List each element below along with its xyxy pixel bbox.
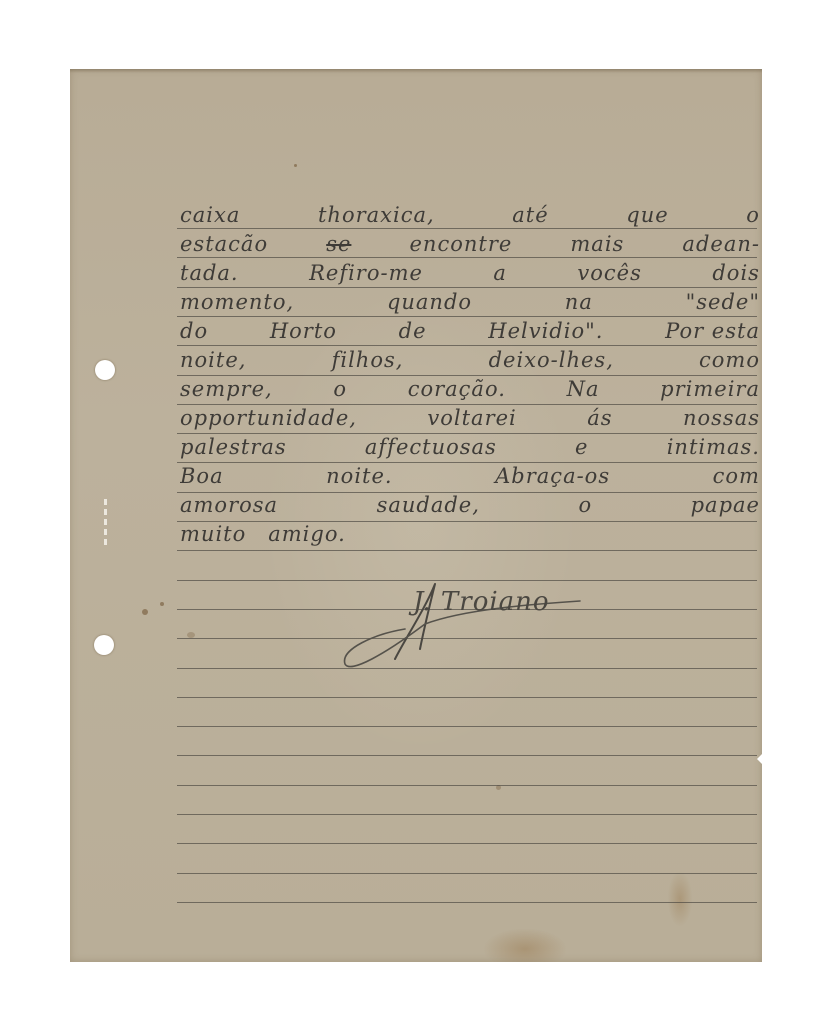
text-line: noite, filhos, deixo-lhes, como — [180, 347, 760, 373]
word: Por esta — [665, 321, 760, 344]
word: Boa — [180, 466, 224, 489]
ruled-line — [177, 843, 757, 844]
ruled-line — [177, 726, 757, 727]
word: mais — [570, 234, 624, 257]
word: do — [180, 321, 208, 344]
word: Helvidio". — [488, 321, 603, 344]
word: vocês — [577, 263, 641, 286]
stain-spot — [142, 609, 148, 615]
word: Refiro-me — [309, 263, 423, 286]
text-line: palestras affectuosas e intimas. — [180, 434, 760, 460]
text-line: estacão se encontre mais adean- — [180, 231, 760, 257]
text-line: Boa noite. Abraça-os com — [180, 463, 760, 489]
ruled-line — [177, 257, 757, 258]
text-line: sempre, o coração. Na primeira — [180, 376, 760, 402]
ruled-line — [177, 873, 757, 874]
word: noite, — [180, 350, 246, 373]
word: filhos, — [332, 350, 404, 373]
ruled-line — [177, 755, 757, 756]
word: quando — [387, 292, 472, 315]
word: momento, — [180, 292, 294, 315]
ruled-line — [177, 814, 757, 815]
word: "sede" — [686, 292, 760, 315]
word: papae — [691, 495, 760, 518]
letter-page: caixa thoraxica, até que o estacão se en… — [70, 69, 762, 962]
word: tada. — [180, 263, 239, 286]
word: Horto — [270, 321, 337, 344]
word: Abraça-os — [495, 466, 610, 489]
text-line: tada. Refiro-me a vocês dois — [180, 260, 760, 286]
text-line: do Horto de Helvidio". Por esta — [180, 318, 760, 344]
word: caixa — [180, 205, 240, 228]
word: amorosa — [180, 495, 278, 518]
paper-tear — [104, 499, 107, 549]
word: intimas. — [667, 437, 760, 460]
text-line: momento, quando na "sede" — [180, 289, 760, 315]
word: voltarei — [427, 408, 516, 431]
word: affectuosas — [365, 437, 497, 460]
word: adean- — [682, 234, 760, 257]
word: Na — [567, 379, 600, 402]
text-line: opportunidade, voltarei ás nossas — [180, 405, 760, 431]
word: amigo. — [268, 524, 346, 547]
ruled-line — [177, 550, 757, 551]
word: saudade, — [377, 495, 480, 518]
stain-spot — [187, 632, 195, 638]
word: thoraxica, — [318, 205, 435, 228]
punch-hole-bottom — [94, 635, 114, 655]
word: muito — [180, 524, 246, 547]
punch-hole-top — [95, 360, 115, 380]
word: que — [626, 205, 668, 228]
text-line: muito amigo. — [180, 521, 760, 547]
word: sempre, — [180, 379, 273, 402]
word: dois — [712, 263, 760, 286]
word: se — [326, 234, 351, 257]
word: o — [746, 205, 760, 228]
text-line: caixa thoraxica, até que o — [180, 202, 760, 228]
ruled-line — [177, 785, 757, 786]
stain-spot — [496, 785, 501, 790]
word: noite. — [326, 466, 392, 489]
word: nossas — [683, 408, 760, 431]
word: encontre — [410, 234, 513, 257]
word: coração. — [408, 379, 506, 402]
word: e — [575, 437, 588, 460]
word: como — [699, 350, 760, 373]
word: com — [713, 466, 760, 489]
word: estacão — [180, 234, 268, 257]
paper-notch — [757, 753, 763, 765]
word: primeira — [660, 379, 760, 402]
signature-name: J. Troiano — [413, 587, 550, 617]
ruled-line — [177, 902, 757, 903]
word: deixo-lhes, — [489, 350, 614, 373]
text-line: amorosa saudade, o papae — [180, 492, 760, 518]
word: de — [399, 321, 427, 344]
ruled-line — [177, 697, 757, 698]
ruled-line — [177, 287, 757, 288]
word: o — [333, 379, 347, 402]
word: a — [493, 263, 507, 286]
stain-spot — [160, 602, 164, 606]
word: na — [565, 292, 593, 315]
word: ás — [587, 408, 612, 431]
ruled-line — [177, 316, 757, 317]
ruled-line — [177, 228, 757, 229]
word: palestras — [180, 437, 287, 460]
word: até — [512, 205, 548, 228]
signature: J. Troiano — [335, 579, 585, 669]
word: o — [578, 495, 592, 518]
stain-spot — [294, 164, 297, 167]
word: opportunidade, — [180, 408, 357, 431]
